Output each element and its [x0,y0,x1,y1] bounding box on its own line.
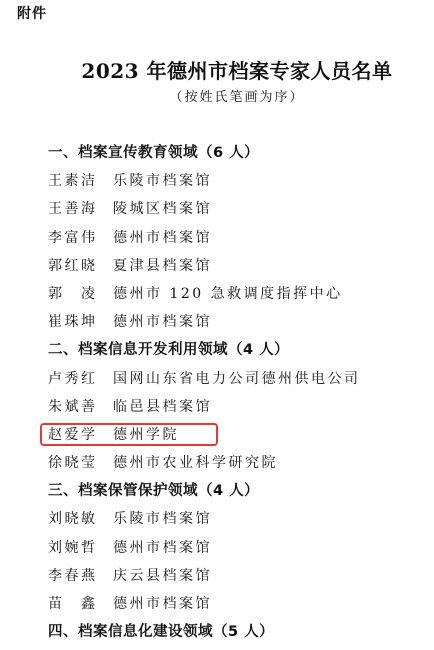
document-title: 2023 年德州市档案专家人员名单 [0,55,434,84]
member-org: 德州市农业科学研究院 [113,449,278,477]
member-name: 卢秀红 [48,365,113,393]
member-name: 王善海 [48,195,113,223]
attachment-label: 附件 [17,3,47,23]
member-name: 崔珠坤 [48,308,113,336]
list-item: 徐晓莹德州市农业科学研究院 [48,449,361,477]
list-item: 刘晓敏乐陵市档案馆 [48,505,361,533]
section-heading: 一、档案宣传教育领域（6 人） [48,139,361,167]
expert-list: 一、档案宣传教育领域（6 人） 王素洁乐陵市档案馆 王善海陵城区档案馆 李富伟德… [48,139,361,646]
list-item: 李春燕庆云县档案馆 [48,562,361,590]
red-highlight-box [40,423,218,446]
member-name: 李富伟 [48,224,113,252]
member-org: 国网山东省电力公司德州供电公司 [113,365,361,393]
list-item-highlighted: 赵爱学德州学院 [48,421,361,449]
member-name: 王素洁 [48,167,113,195]
list-item: 朱斌善临邑县档案馆 [48,393,361,421]
member-org: 乐陵市档案馆 [113,167,212,195]
member-name: 郭红晓 [48,252,113,280]
member-name: 朱斌善 [48,393,113,421]
list-item: 苗 鑫德州市档案馆 [48,590,361,618]
list-item: 王素洁乐陵市档案馆 [48,167,361,195]
member-org: 临邑县档案馆 [113,393,212,421]
list-item: 王善海陵城区档案馆 [48,195,361,223]
member-org: 陵城区档案馆 [113,195,212,223]
member-org: 德州市档案馆 [113,308,212,336]
member-org: 夏津县档案馆 [113,252,212,280]
list-item: 郭 凌德州市 120 急救调度指挥中心 [48,280,361,308]
list-item: 郭红晓夏津县档案馆 [48,252,361,280]
member-org: 德州市档案馆 [113,224,212,252]
list-item: 李富伟德州市档案馆 [48,224,361,252]
section-heading: 四、档案信息化建设领域（5 人） [48,618,361,646]
member-name: 刘晓敏 [48,505,113,533]
member-org: 德州市档案馆 [113,590,212,618]
list-item: 卢秀红国网山东省电力公司德州供电公司 [48,365,361,393]
member-org: 乐陵市档案馆 [113,505,212,533]
section-heading: 二、档案信息开发利用领域（4 人） [48,336,361,364]
member-name: 徐晓莹 [48,449,113,477]
document-subtitle: （按姓氏笔画为序） [0,86,434,105]
member-org: 庆云县档案馆 [113,562,212,590]
member-name: 苗 鑫 [48,590,113,618]
member-org: 德州市档案馆 [113,534,212,562]
list-item: 崔珠坤德州市档案馆 [48,308,361,336]
member-name: 刘婉哲 [48,534,113,562]
member-org: 德州市 120 急救调度指挥中心 [113,280,343,308]
member-name: 李春燕 [48,562,113,590]
member-name: 郭 凌 [48,280,113,308]
section-heading: 三、档案保管保护领域（4 人） [48,477,361,505]
list-item: 刘婉哲德州市档案馆 [48,534,361,562]
